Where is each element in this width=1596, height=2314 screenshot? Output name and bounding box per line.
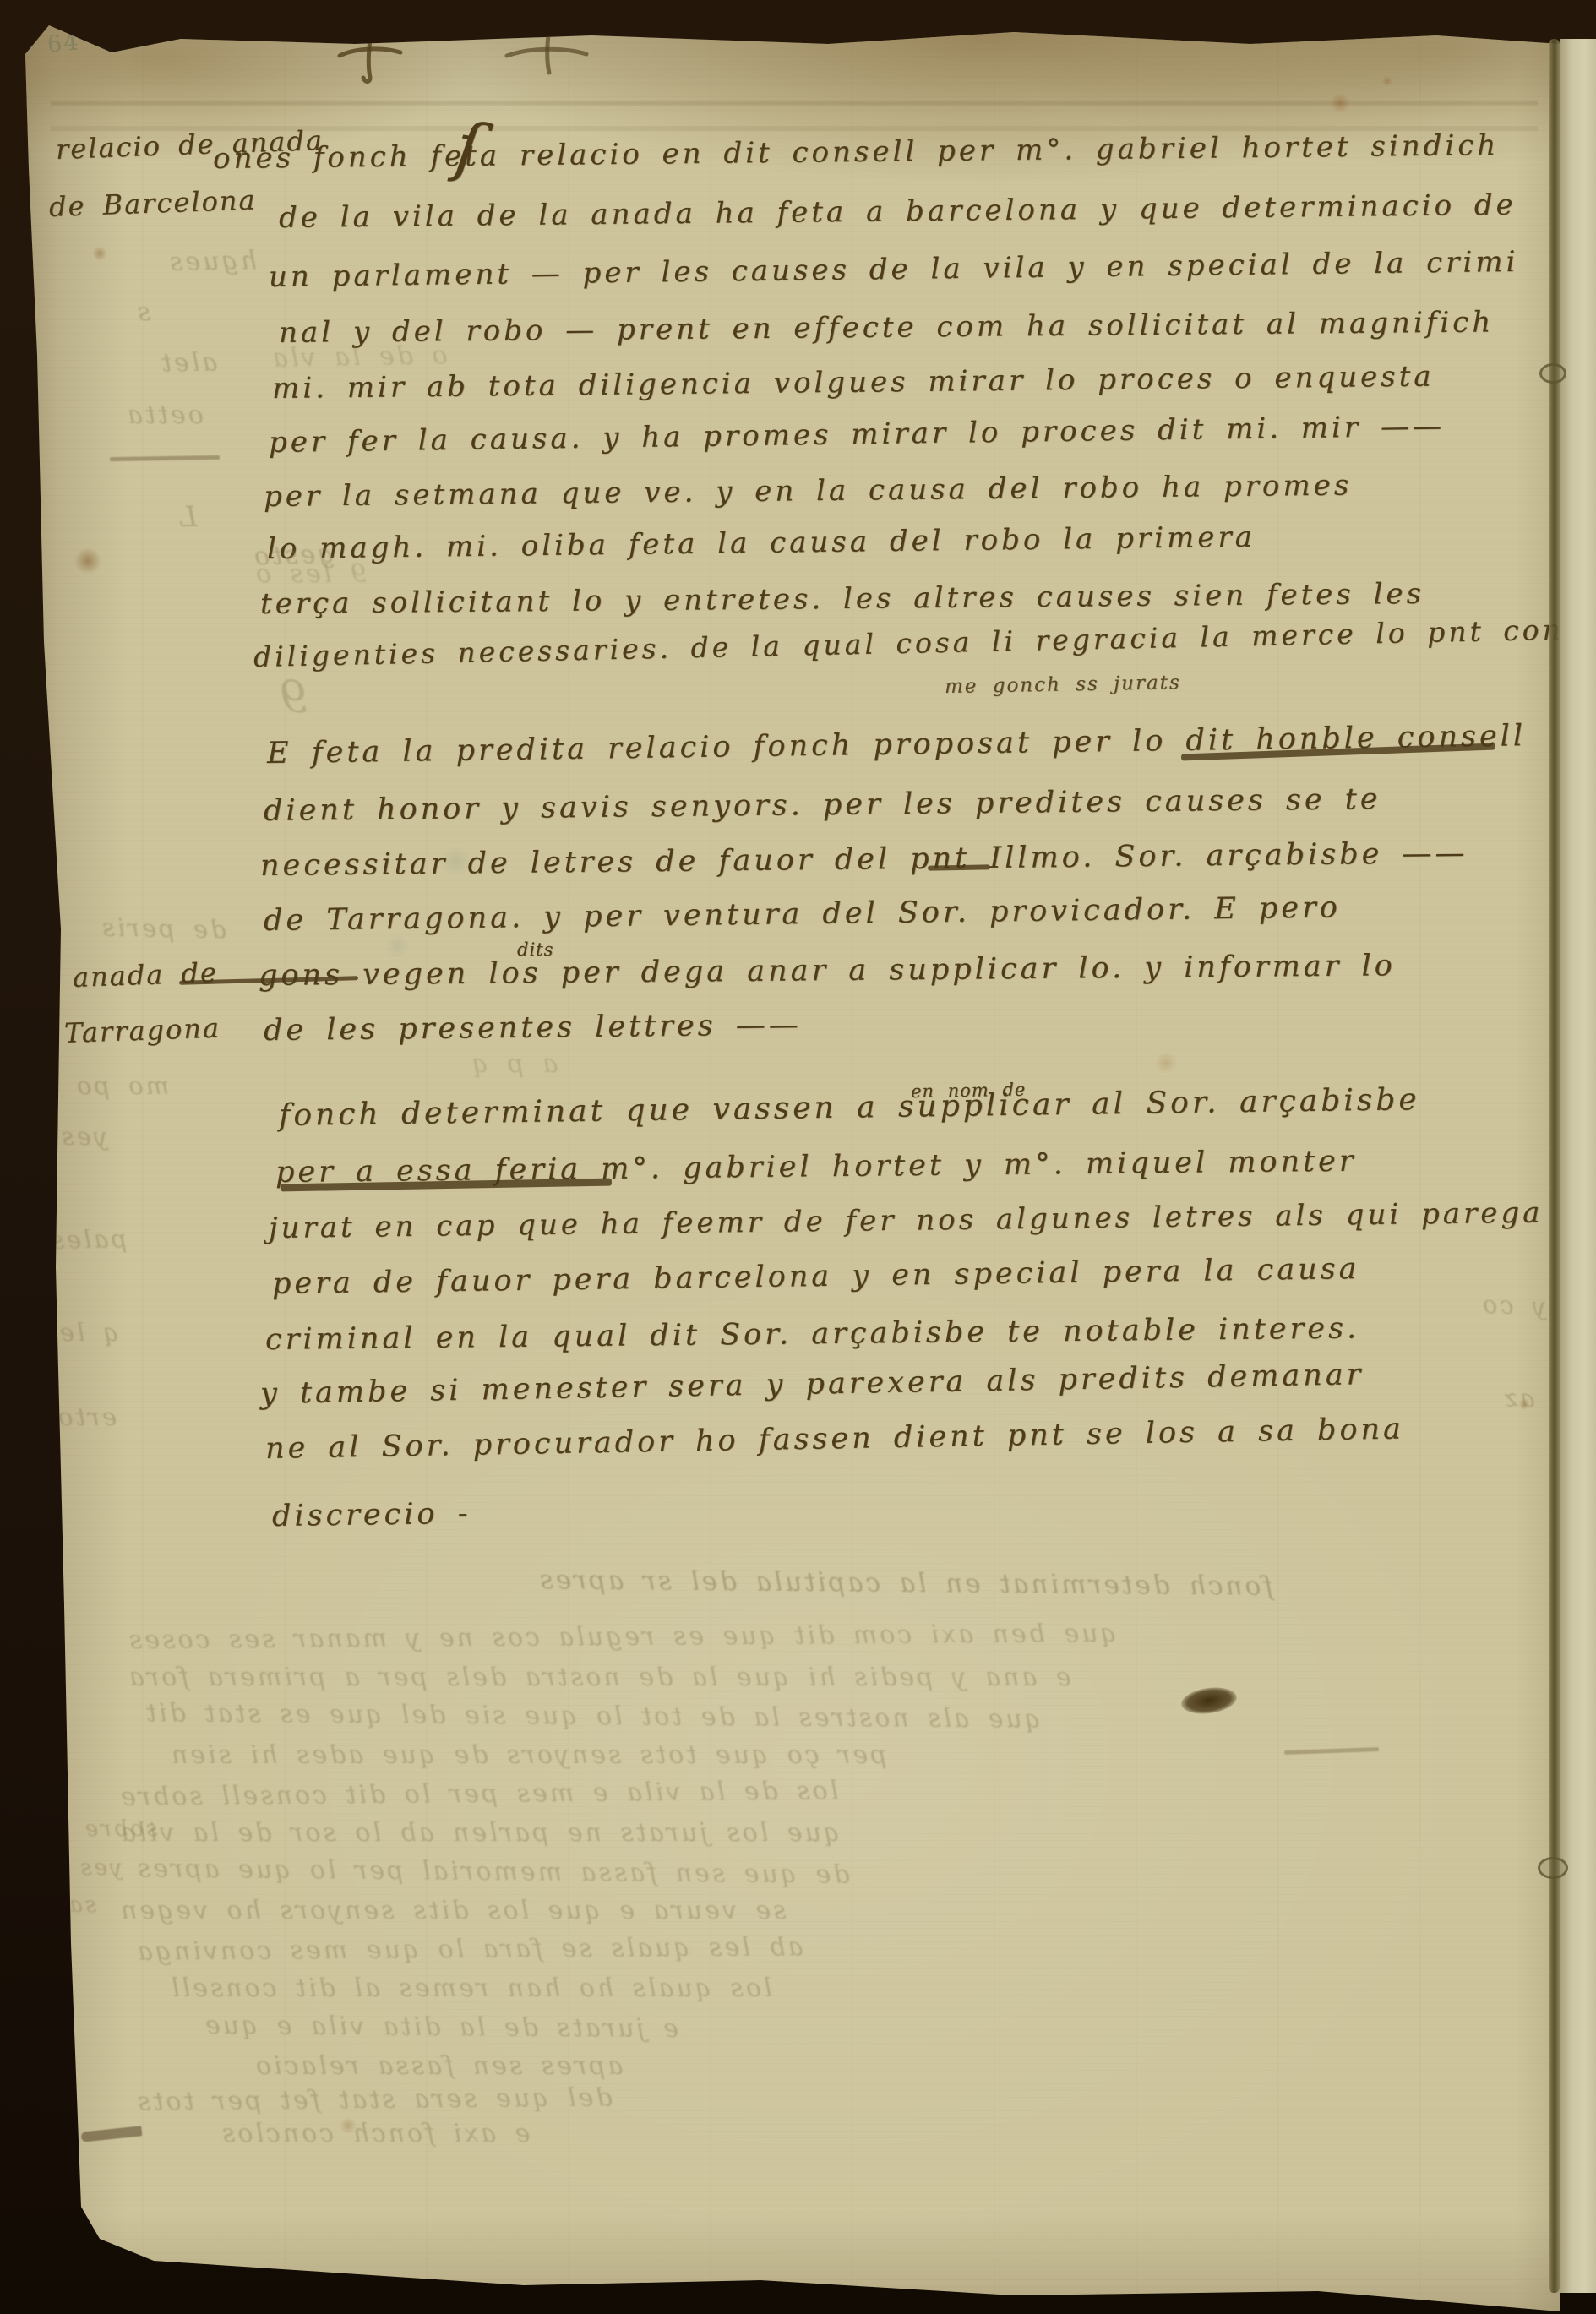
bleedthrough-word: de peris — [100, 913, 226, 945]
manuscript-line: criminal en la qual dit Sor. arçabisbe t… — [265, 1311, 1359, 1357]
manuscript-page: 64 relacio de anada de Barcelona ſ anada… — [0, 0, 1596, 2314]
bleedthrough-word: s — [135, 297, 150, 327]
manuscript-line: de Tarragona. y per ventura del Sor. pro… — [264, 890, 1341, 938]
manuscript-line: per fer la causa. y ha promes mirar lo p… — [269, 410, 1446, 460]
bleedthrough-word: L — [176, 500, 198, 534]
manuscript-line: lo magh. mi. oliba feta la causa del rob… — [267, 520, 1256, 566]
margin-note-anada-line2: Tarragona — [63, 1012, 221, 1049]
manuscript-line: per la setmana que ve. y en la causa del… — [264, 469, 1353, 514]
interlinear-note: en nom de — [911, 1080, 1027, 1102]
manuscript-line: jurat en cap que ha feemr de fer nos alg… — [269, 1196, 1544, 1245]
bleedthrough-line: que los jurats ne parlen ab lo sor de la… — [118, 1818, 840, 1848]
manuscript-line: de les presentes lettres —— — [264, 1008, 802, 1048]
manuscript-line: ones fonch feta relacio en dit consell p… — [213, 128, 1500, 176]
bleedthrough-word: erto — [56, 1402, 117, 1431]
bleedthrough-word: mo po — [74, 1071, 169, 1100]
bleedthrough-line: los de la vila e mes per lo dit consell … — [118, 1776, 839, 1811]
bleedthrough-line: e ana y pedis hi que la de nostra dels p… — [127, 1663, 1071, 1692]
margin-note-anada-line1: anada de — [72, 956, 218, 994]
cross-mark-2 — [500, 24, 593, 83]
interlinear-note: dits — [517, 939, 553, 960]
manuscript-photo: 64 relacio de anada de Barcelona ſ anada… — [0, 0, 1596, 2314]
sewing-knot — [1538, 1857, 1568, 1879]
bleedthrough-word: alet — [159, 347, 218, 378]
bleedthrough-line: e jurats de la dita vila e que — [203, 2011, 678, 2044]
bleedthrough-word: pales — [49, 1224, 128, 1255]
bleedthrough-dash — [110, 455, 220, 461]
manuscript-line: nal y del robo — prent en effecte com ha… — [279, 305, 1494, 350]
manuscript-line: y tambe si menester sera y parexera als … — [260, 1358, 1364, 1411]
bleedthrough-line: apres sen fassa relacio — [253, 2051, 623, 2081]
bleedthrough-word: q les — [42, 1318, 119, 1347]
bleedthrough-word: oetta — [125, 400, 204, 430]
manuscript-line: necessitar de letres de fauor del pnt Il… — [260, 836, 1468, 883]
bleedthrough-line: que ben axi com dit que es regula cos ne… — [127, 1619, 1117, 1655]
bleedthrough-line: e axi fonch conclos — [220, 2119, 530, 2148]
manuscript-line: discrecio - — [272, 1497, 471, 1533]
margin-note-relacio-line2: de Barcelona — [48, 183, 257, 223]
manuscript-line: E feta la predita relacio fonch proposat… — [267, 719, 1527, 770]
bleedthrough-line: fonch determinat en la capitula del sr a… — [537, 1565, 1273, 1602]
bleedthrough-line: de que sen fassa memorial per lo que apr… — [135, 1854, 850, 1889]
bleedthrough-line: que als nostres la de tot lo que sie del… — [144, 1698, 1041, 1734]
interlinear-note: me gonch ss jurats — [945, 672, 1181, 698]
bleedthrough-margin-word: sobre vta — [25, 1816, 157, 1842]
bleedthrough-word: az — [1502, 1384, 1535, 1413]
bleedthrough-margin-word: yes les — [24, 1855, 123, 1881]
manuscript-line: ne al Sor. procurador ho fassen dient pn… — [265, 1412, 1405, 1466]
manuscript-line: gons vegen los per dega anar a supplicar… — [259, 949, 1396, 993]
folio-number: 64 — [46, 29, 80, 58]
bleedthrough-word: 9 les o — [253, 559, 367, 589]
cross-mark-1 — [328, 19, 412, 86]
bleedthrough-word: y co — [1479, 1290, 1546, 1321]
bleedthrough-word: hgues — [167, 246, 258, 277]
manuscript-line: de la vila de la anada ha feta a barcelo… — [279, 188, 1517, 235]
bleedthrough-word: a p q — [470, 1049, 558, 1079]
sewing-knot — [1539, 363, 1566, 384]
bleedthrough-word: o de la vla — [270, 340, 448, 373]
manuscript-line: terça sollicitant lo y entretes. les alt… — [260, 577, 1424, 621]
manuscript-line: fonch determinat que vassen a supplicar … — [279, 1082, 1420, 1133]
bleedthrough-line: del que sera stat fet per tots — [135, 2083, 613, 2117]
bleedthrough-dash — [1284, 1747, 1379, 1755]
bleedthrough-word: 9 — [277, 672, 308, 723]
bleedthrough-line: los quals ho han remes al dit consell — [169, 1974, 772, 2003]
bleedthrough-line: ab les quals se fara lo que mes convinga — [135, 1932, 803, 1967]
manuscript-line: diligenties necessaries. de la qual cosa… — [253, 612, 1596, 673]
manuscript-line: pera de fauor pera barcelona y en specia… — [272, 1252, 1360, 1301]
bleedthrough-mark — [81, 2126, 143, 2142]
bleedthrough-line: se veura e que los dits senyors ho vegen — [118, 1896, 787, 1925]
manuscript-line: un parlament — per les causes de la vila… — [269, 245, 1519, 294]
ink-blot — [1179, 1685, 1239, 1718]
bleedthrough-word: yes — [59, 1122, 107, 1151]
strikethrough-mark — [928, 864, 990, 870]
bleedthrough-line: per ço que tots senyors de que ades hi s… — [169, 1740, 887, 1770]
manuscript-line: dient honor y savis senyors. per les pre… — [264, 782, 1381, 828]
bleedthrough-margin-word: salto — [30, 1892, 96, 1918]
